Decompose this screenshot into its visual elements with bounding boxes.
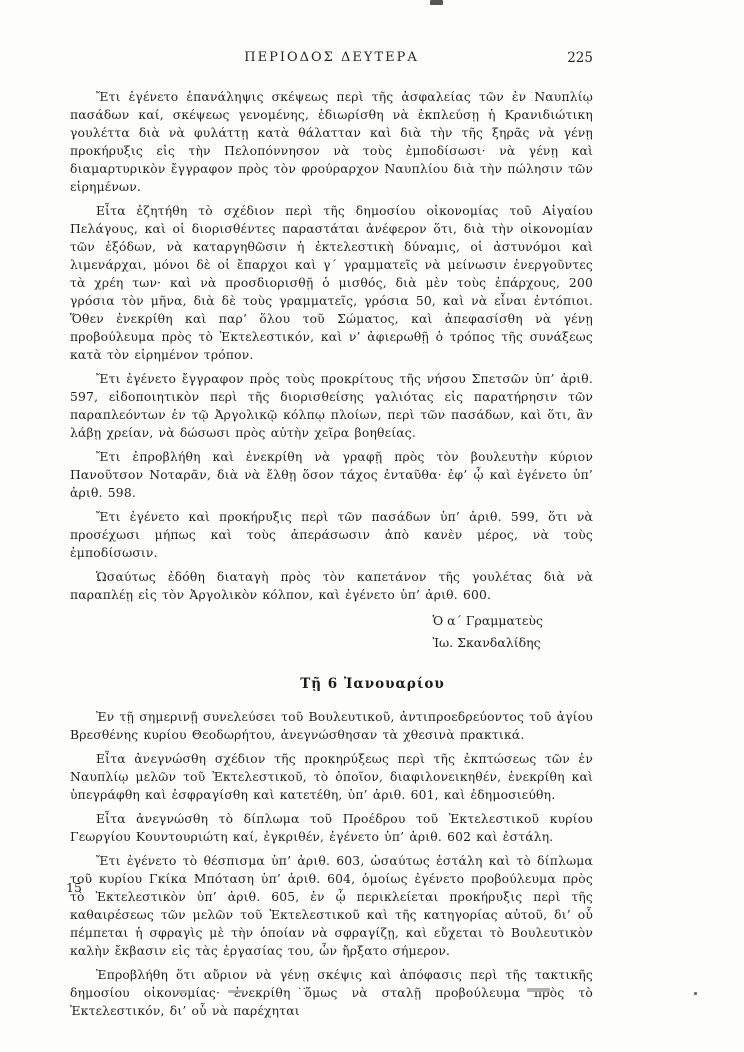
session-jan5-minutes: Ἔτι ἐγένετο ἐπανάληψις σκέψεως περὶ τῆς … <box>70 88 593 604</box>
scan-artifact-top <box>430 0 443 5</box>
paragraph: Ἔτι ἐγένετο τὸ θέσπισμα ὑπ’ ἀριθ. 603, ὡ… <box>70 852 593 960</box>
paragraph: Ἔτι ἐγένετο ἐπανάληψις σκέψεως περὶ τῆς … <box>70 88 593 196</box>
paragraph: Ἔτι ἐγένετο καὶ προκήρυξις περὶ τῶν πασά… <box>70 508 593 562</box>
paragraph: Εἶτα ἀνεγνώσθη σχέδιον τῆς προκηρύξεως π… <box>70 750 593 804</box>
scan-artifact <box>298 990 312 994</box>
scan-artifact <box>694 992 697 995</box>
section-heading-date: Τῇ 6 Ἰανουαρίου <box>111 676 634 692</box>
paragraph: Ἐπροβλήθη ὅτι αὔριον νὰ γένῃ σκέψις καὶ … <box>70 966 593 1020</box>
signature-role: Ὁ α΄ Γραμματεὺς <box>432 610 543 632</box>
paragraph: Εἶτα ἐζητήθη τὸ σχέδιον περὶ τῆς δημοσίο… <box>70 202 593 364</box>
paragraph: Εἶτα ἀνεγνώσθη τὸ δίπλωμα τοῦ Προέδρου τ… <box>70 810 593 846</box>
page-number: 225 <box>567 50 593 66</box>
scan-artifact <box>228 990 243 993</box>
paragraph: Ὡσαύτως ἐδόθη διαταγὴ πρὸς τὸν καπετάνον… <box>70 568 593 604</box>
scan-artifact <box>527 988 550 992</box>
running-title: ΠΕΡΙΟΔΟΣ ΔΕΥΤΕΡΑ <box>70 50 593 65</box>
running-head: ΠΕΡΙΟΔΟΣ ΔΕΥΤΕΡΑ 225 <box>70 50 593 68</box>
scanned-document-page: ΠΕΡΙΟΔΟΣ ΔΕΥΤΕΡΑ 225 Ἔτι ἐγένετο ἐπανάλη… <box>0 0 744 1052</box>
text-block: ΠΕΡΙΟΔΟΣ ΔΕΥΤΕΡΑ 225 Ἔτι ἐγένετο ἐπανάλη… <box>70 50 593 1026</box>
paragraph: Ἔτι ἐπροβλήθη καὶ ἐνεκρίθη νὰ γραφῇ πρὸς… <box>70 448 593 502</box>
session-jan6-minutes: Ἐν τῇ σημερινῇ συνελεύσει τοῦ Βουλευτικο… <box>70 708 593 1020</box>
sheet-number: 15 <box>66 880 82 895</box>
signature-name: Ἰω. Σκανδαλίδης <box>432 632 543 654</box>
paragraph: Ἐν τῇ σημερινῇ συνελεύσει τοῦ Βουλευτικο… <box>70 708 593 744</box>
paragraph: Ἔτι ἐγένετο ἔγγραφον πρὸς τοὺς προκρίτου… <box>70 370 593 442</box>
signature-block: Ὁ α΄ Γραμματεὺς Ἰω. Σκανδαλίδης <box>432 610 543 654</box>
scan-artifact <box>178 990 187 993</box>
